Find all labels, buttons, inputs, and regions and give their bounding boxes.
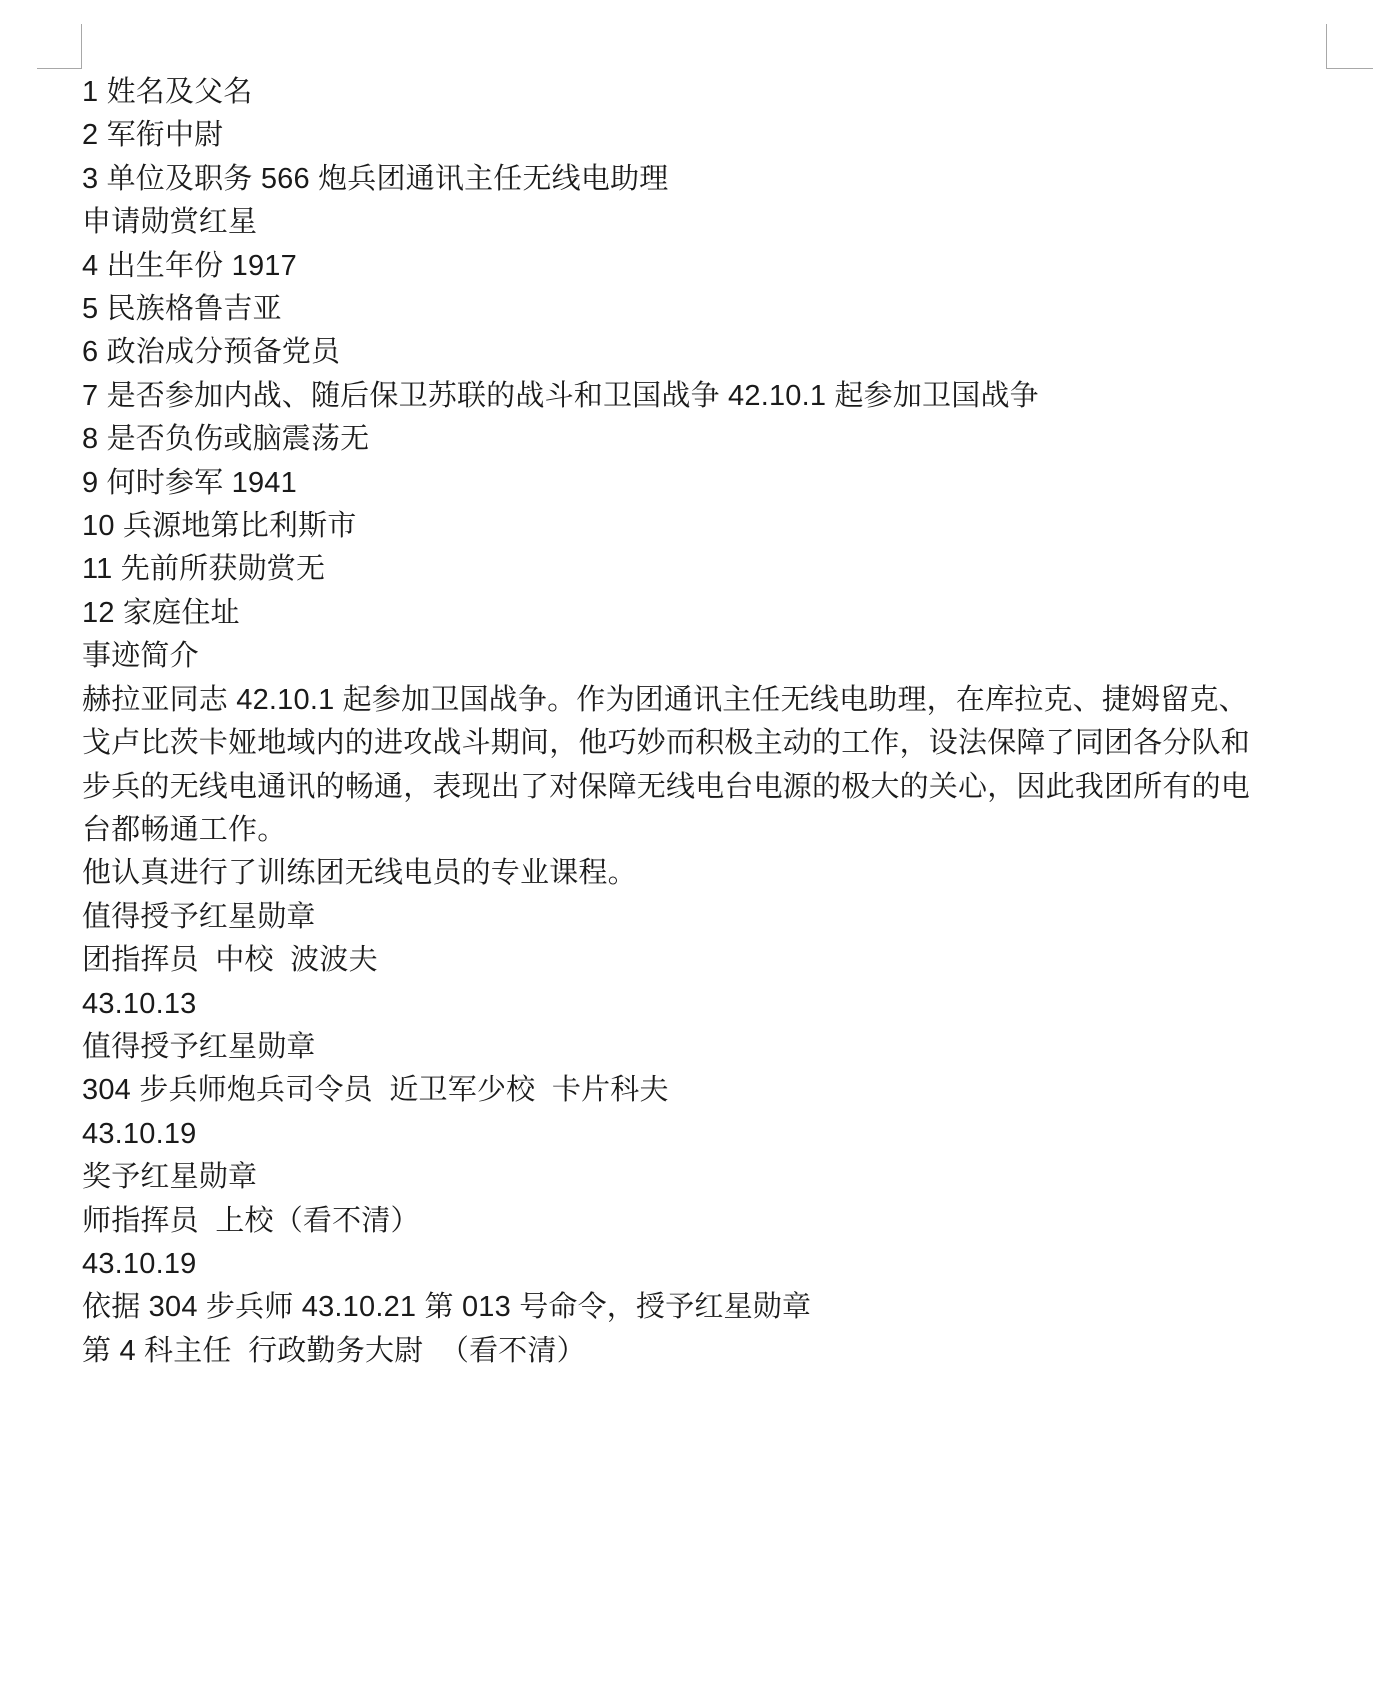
field-previous-awards: 11 先前所获勋赏无 xyxy=(82,548,1382,591)
field-enlistment-year: 9 何时参军 1941 xyxy=(82,462,1382,505)
endorsement-1-date: 43.10.13 xyxy=(82,983,1382,1026)
field-rank: 2 军衔中尉 xyxy=(82,114,1382,157)
endorsement-1-signer: 团指挥员 中校 波波夫 xyxy=(82,939,1382,982)
citation-body-line: 台都畅通工作。 xyxy=(82,809,1382,852)
page-corner-mark-top-left xyxy=(37,24,82,69)
endorsement-3-verdict: 奖予红星勋章 xyxy=(82,1156,1382,1199)
field-home-address: 12 家庭住址 xyxy=(82,592,1382,635)
field-war-participation: 7 是否参加内战、随后保卫苏联的战斗和卫国战争 42.10.1 起参加卫国战争 xyxy=(82,375,1382,418)
field-birth-year: 4 出生年份 1917 xyxy=(82,245,1382,288)
citation-body-line: 赫拉亚同志 42.10.1 起参加卫国战争。作为团通讯主任无线电助理，在库拉克、… xyxy=(82,679,1382,722)
endorsement-2-verdict: 值得授予红星勋章 xyxy=(82,1026,1382,1069)
endorsement-1-verdict: 值得授予红星勋章 xyxy=(82,896,1382,939)
field-unit-position: 3 单位及职务 566 炮兵团通讯主任无线电助理 xyxy=(82,158,1382,201)
citation-training-line: 他认真进行了训练团无线电员的专业课程。 xyxy=(82,852,1382,895)
field-political-status: 6 政治成分预备党员 xyxy=(82,331,1382,374)
citation-body-line: 戈卢比茨卡娅地域内的进攻战斗期间，他巧妙而积极主动的工作，设法保障了同团各分队和 xyxy=(82,722,1382,765)
award-order-signer: 第 4 科主任 行政勤务大尉 （看不清） xyxy=(82,1330,1382,1373)
field-name-patronymic: 1 姓名及父名 xyxy=(82,71,1382,114)
endorsement-2-date: 43.10.19 xyxy=(82,1113,1382,1156)
citation-body-line: 步兵的无线电通讯的畅通，表现出了对保障无线电台电源的极大的关心，因此我团所有的电 xyxy=(82,766,1382,809)
endorsement-3-date: 43.10.19 xyxy=(82,1243,1382,1286)
field-recommended-award: 申请勋赏红星 xyxy=(82,201,1382,244)
document-page: 1 姓名及父名 2 军衔中尉 3 单位及职务 566 炮兵团通讯主任无线电助理 … xyxy=(82,71,1382,1373)
citation-heading: 事迹简介 xyxy=(82,635,1382,678)
award-order-line: 依据 304 步兵师 43.10.21 第 013 号命令，授予红星勋章 xyxy=(82,1286,1382,1329)
field-draft-place: 10 兵源地第比利斯市 xyxy=(82,505,1382,548)
endorsement-3-signer: 师指挥员 上校（看不清） xyxy=(82,1200,1382,1243)
page-corner-mark-top-right xyxy=(1326,24,1373,69)
field-nationality: 5 民族格鲁吉亚 xyxy=(82,288,1382,331)
endorsement-2-signer: 304 步兵师炮兵司令员 近卫军少校 卡片科夫 xyxy=(82,1069,1382,1112)
field-wounds: 8 是否负伤或脑震荡无 xyxy=(82,418,1382,461)
